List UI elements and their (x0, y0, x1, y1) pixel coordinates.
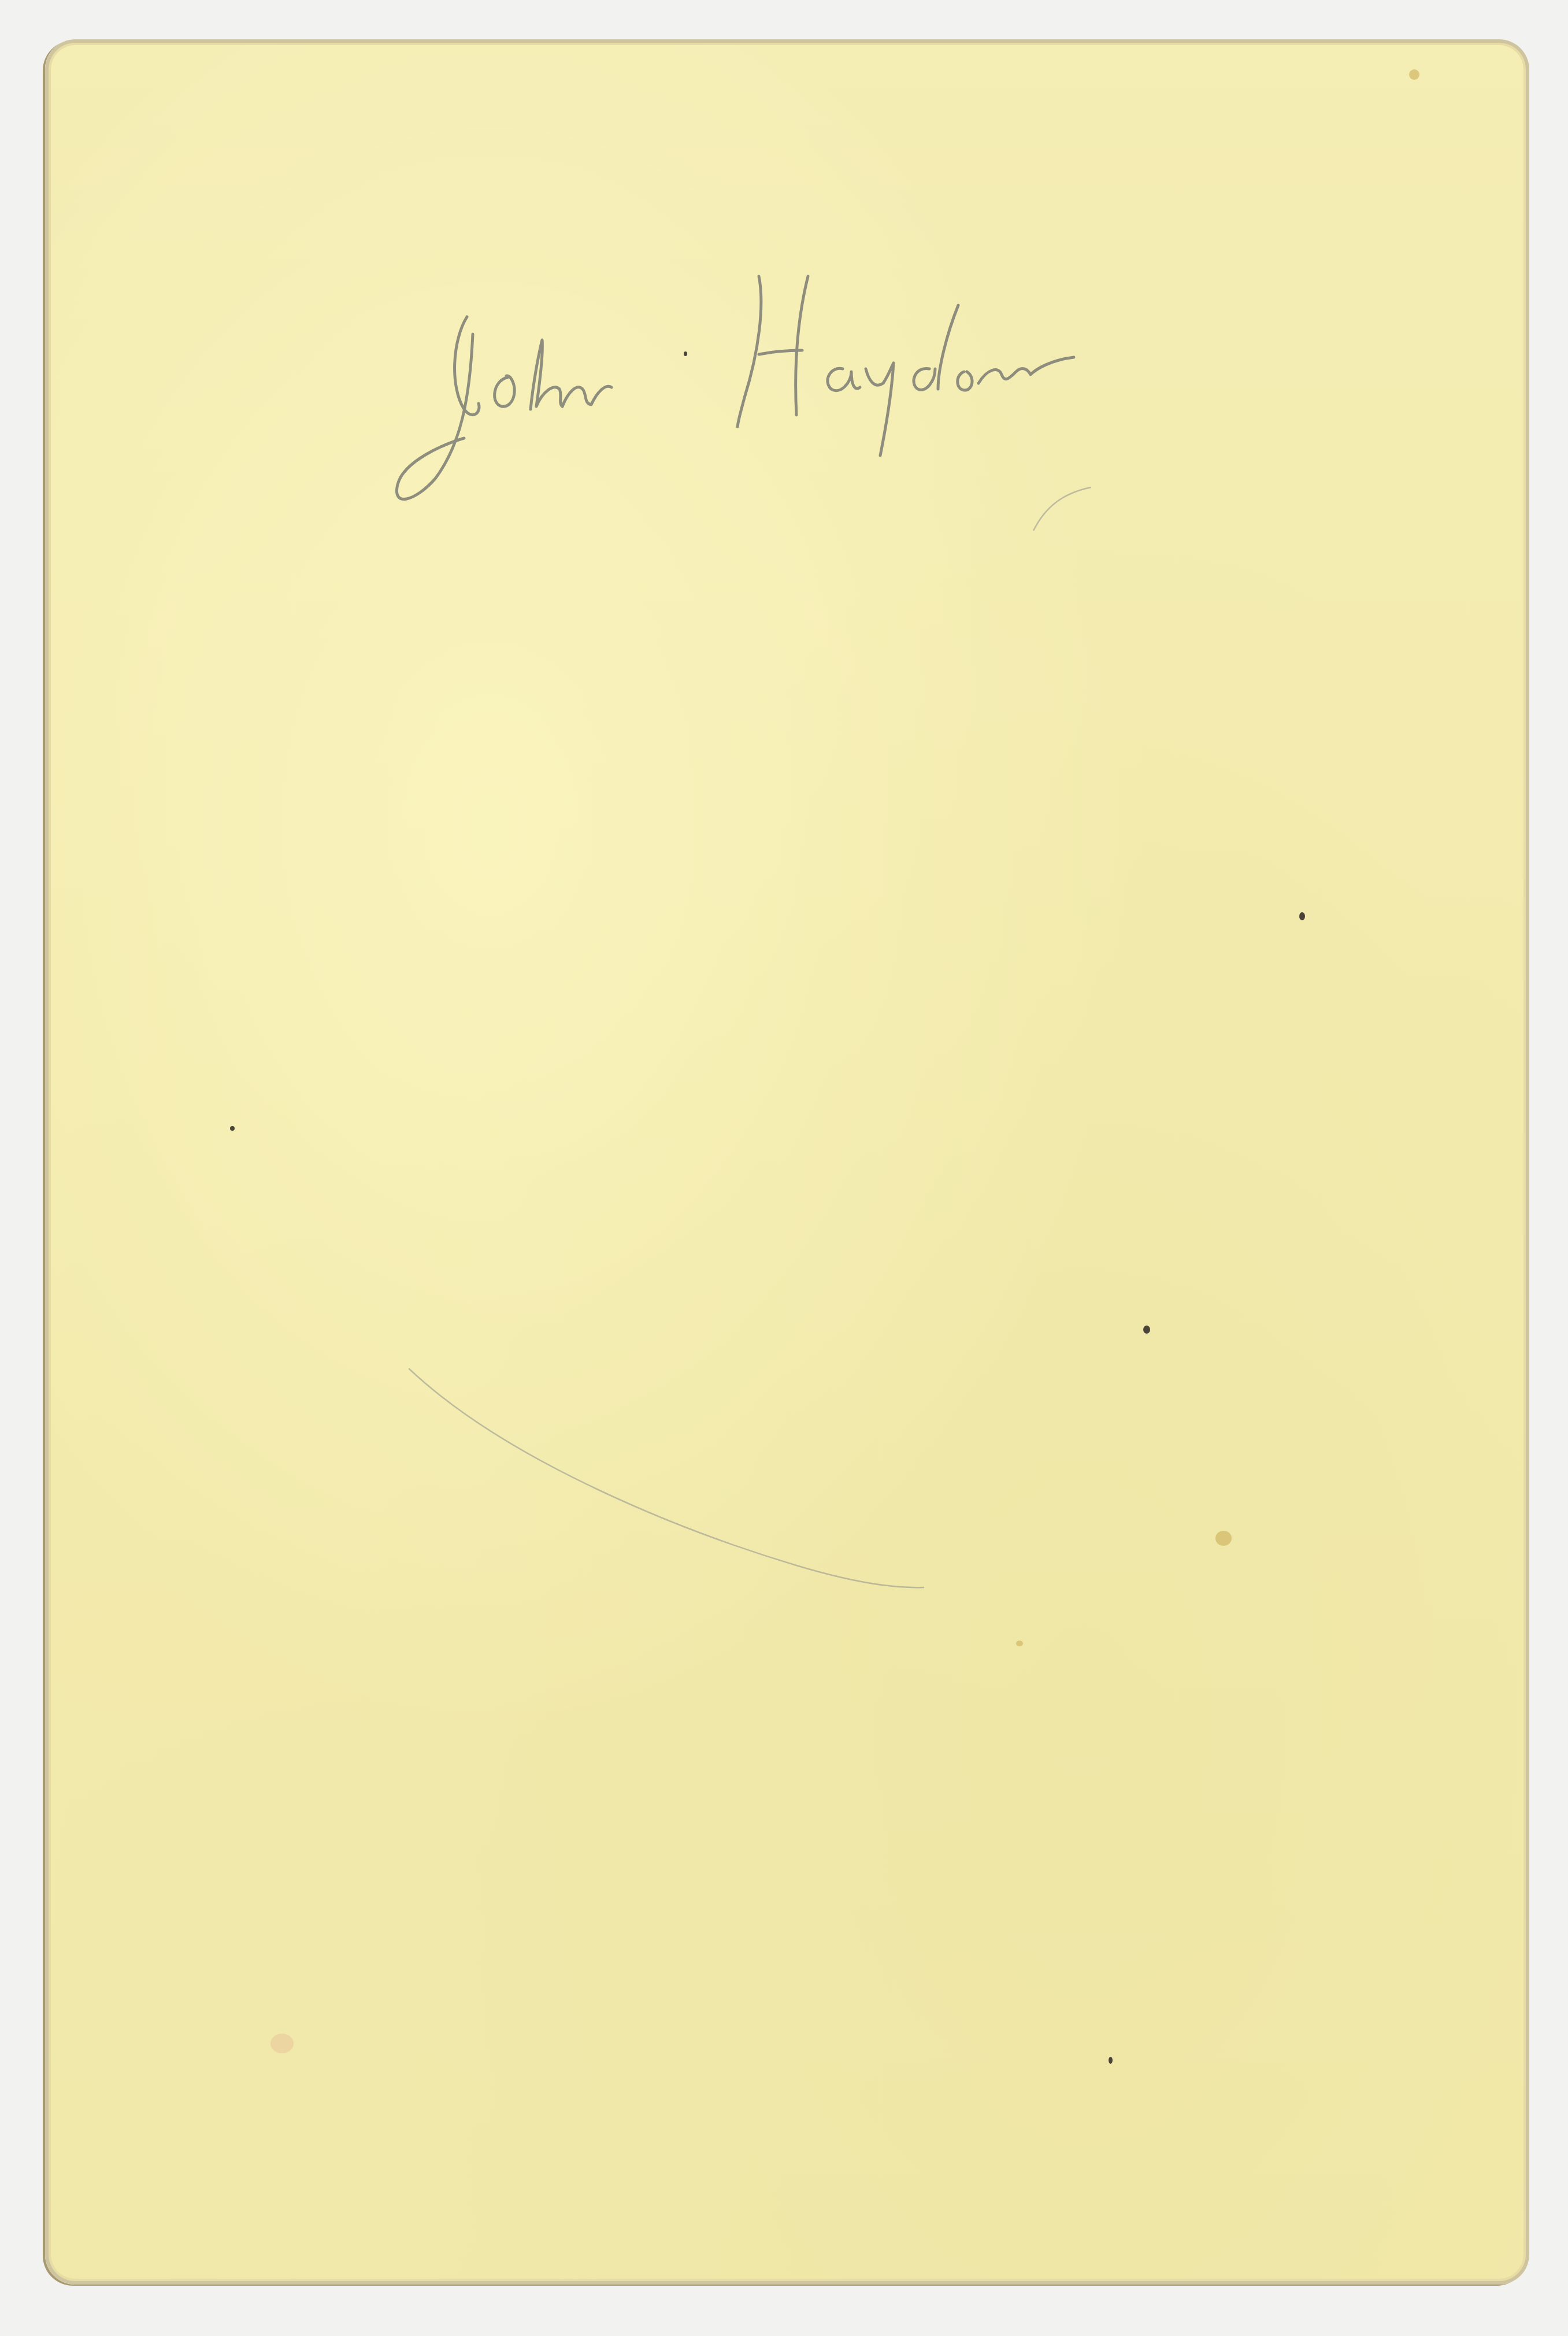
handwritten-signature (334, 253, 1374, 525)
speck-dot (684, 351, 687, 356)
stain-spot (270, 2034, 294, 2053)
speck-dot (1143, 1326, 1150, 1334)
scan-background: John Haydon (0, 0, 1568, 2336)
photo-card-back: John Haydon (45, 39, 1529, 2285)
stain-spot (1215, 1531, 1232, 1546)
speck-dot (1299, 912, 1305, 920)
stain-spot (1409, 69, 1419, 80)
stain-spot (1016, 1641, 1023, 1646)
pencil-scratch-mark (392, 1311, 1317, 1600)
pencil-tick-mark (1028, 479, 1097, 536)
speck-dot (1109, 2057, 1113, 2064)
speck-dot (230, 1126, 235, 1131)
